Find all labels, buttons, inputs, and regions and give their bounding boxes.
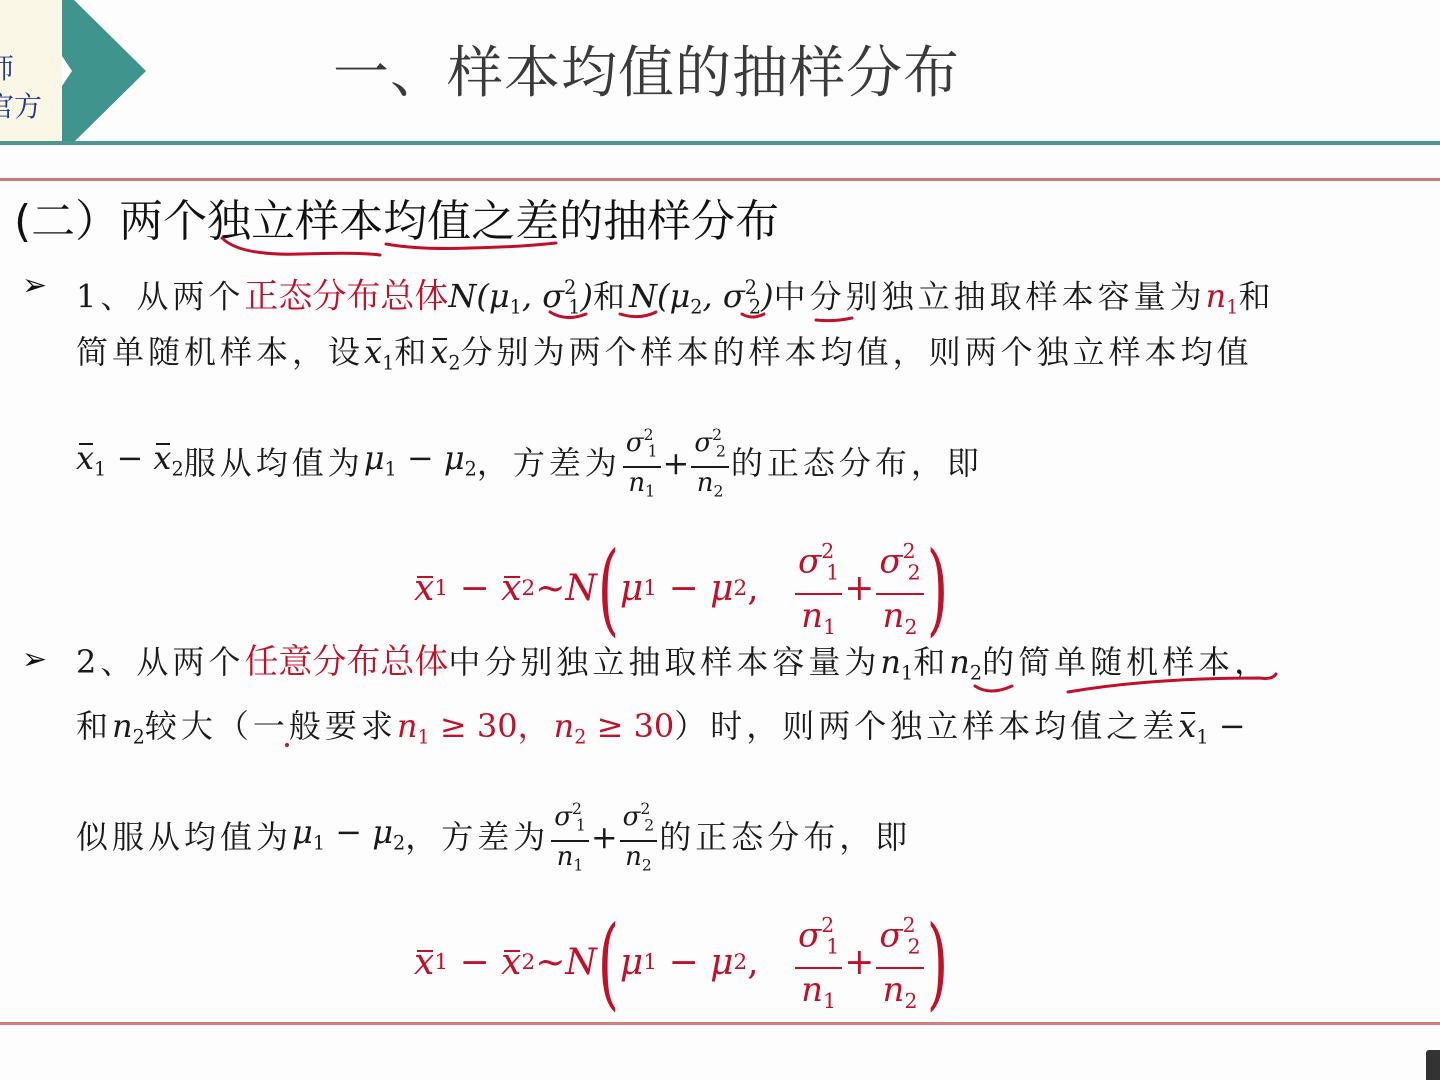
item1-highlight: 正态分布总体 xyxy=(244,276,448,316)
item2-cond2: n2 ≥ 30 xyxy=(554,707,675,745)
item2-middle: 中分别独立抽取样本容量为 xyxy=(448,643,880,681)
item1-line3-c: 的正态分布，即 xyxy=(731,443,983,483)
item1-line3: x1 − x2服从均值为μ1 − μ2，方差为 σ21n1 + σ22n2 的正… xyxy=(76,420,983,507)
item2-n2: n2 xyxy=(949,643,982,681)
item2-line3-c: 的正态分布，即 xyxy=(659,817,911,857)
item1-var-frac2: σ22n2 xyxy=(691,420,729,507)
bullet-arrow-icon: ➢ xyxy=(22,642,47,677)
item2-line3-a: 似服从均值为 xyxy=(76,817,292,857)
item2-tail: 的简单随机样本， xyxy=(982,643,1270,681)
item2-line2-b: 较大（一般要求 xyxy=(145,707,397,745)
section-heading: (二）两个独立样本均值之差的抽样分布 xyxy=(14,196,779,248)
item2-line1: 2、从两个任意分布总体中分别独立抽取样本容量为n1和n2的简单随机样本， xyxy=(76,642,1270,694)
item1-prefix: 1、从两个 xyxy=(76,277,244,315)
item1-formula: x1 − x2~N(μ1 − μ2, σ21n1 + σ22n2) xyxy=(414,530,949,649)
item2-line2: 和n2较大（一般要求n1 ≥ 30，n2 ≥ 30）时，则两个独立样本均值之差x… xyxy=(76,706,1246,758)
logo-text-line2: 官方 xyxy=(0,88,42,126)
item1-line1: 1、从两个正态分布总体N(μ1, σ21)和N(μ2, σ22)中分别独立抽取样… xyxy=(76,268,1274,328)
item1-tail: 和 xyxy=(1238,277,1274,315)
item2-line2-tail: x1 − xyxy=(1178,707,1245,745)
chevron-arrow-icon xyxy=(62,0,146,142)
item1-and: 和 xyxy=(593,277,629,315)
item1-n1: n1 xyxy=(1206,277,1239,315)
item1-diff-expr: x1 − x2 xyxy=(76,438,184,490)
header-divider xyxy=(0,141,1440,145)
item2-comma: ， xyxy=(518,707,554,745)
item2-n1: n1 xyxy=(880,643,913,681)
bullet-arrow-icon: ➢ xyxy=(22,268,47,303)
item2-prefix: 2、从两个 xyxy=(76,643,244,681)
item2-line2-c: ）时，则两个独立样本均值之差 xyxy=(674,707,1178,745)
item2-line3-b: ，方差为 xyxy=(405,817,549,857)
item2-line2-n2: n2 xyxy=(112,707,145,745)
item1-dist1: N(μ1, σ21) xyxy=(448,277,593,315)
item1-xbar1: x1 xyxy=(364,333,394,371)
item1-line2-and: 和 xyxy=(394,333,430,371)
item2-mean-expr: μ1 − μ2 xyxy=(292,812,405,864)
item2-formula: x1 − x2~N(μ1 − μ2, σ21n1 + σ22n2) xyxy=(414,904,949,1023)
item1-mean-expr: μ1 − μ2 xyxy=(364,438,477,490)
item1-line3-a: 服从均值为 xyxy=(184,443,364,483)
item2-cond1: n1 ≥ 30 xyxy=(397,707,518,745)
logo-text-line1: 师 xyxy=(0,50,42,88)
item2-line2-a: 和 xyxy=(76,707,112,745)
item2-var-frac1: σ21n1 xyxy=(551,794,589,881)
item2-highlight: 任意分布总体 xyxy=(244,642,448,682)
item2-line3: 似服从均值为μ1 − μ2，方差为 σ21n1 + σ22n2 的正态分布，即 xyxy=(76,794,911,881)
item1-line3-b: ，方差为 xyxy=(477,443,621,483)
item2-var-frac2: σ22n2 xyxy=(620,794,658,881)
cursor-pen-icon xyxy=(1426,1050,1440,1080)
item1-line2: 简单随机样本，设x1和x2分别为两个样本的样本均值，则两个独立样本均值 xyxy=(76,332,1253,384)
item1-line2-b: 分别为两个样本的样本均值，则两个独立样本均值 xyxy=(461,333,1253,371)
page-title: 一、样本均值的抽样分布 xyxy=(333,42,960,106)
item1-dist2: N(μ2, σ22) xyxy=(629,277,774,315)
item1-middle: 中分别独立抽取样本容量为 xyxy=(774,277,1206,315)
item2-and: 和 xyxy=(913,643,949,681)
item1-var-frac1: σ21n1 xyxy=(623,420,661,507)
logo-text: 师 官方 xyxy=(0,50,42,126)
item1-xbar2: x2 xyxy=(430,333,460,371)
logo-panel: 师 官方 xyxy=(0,0,62,142)
item1-line2-a: 简单随机样本，设 xyxy=(76,333,364,371)
content-top-divider xyxy=(0,178,1440,181)
content-bottom-divider xyxy=(0,1022,1440,1025)
